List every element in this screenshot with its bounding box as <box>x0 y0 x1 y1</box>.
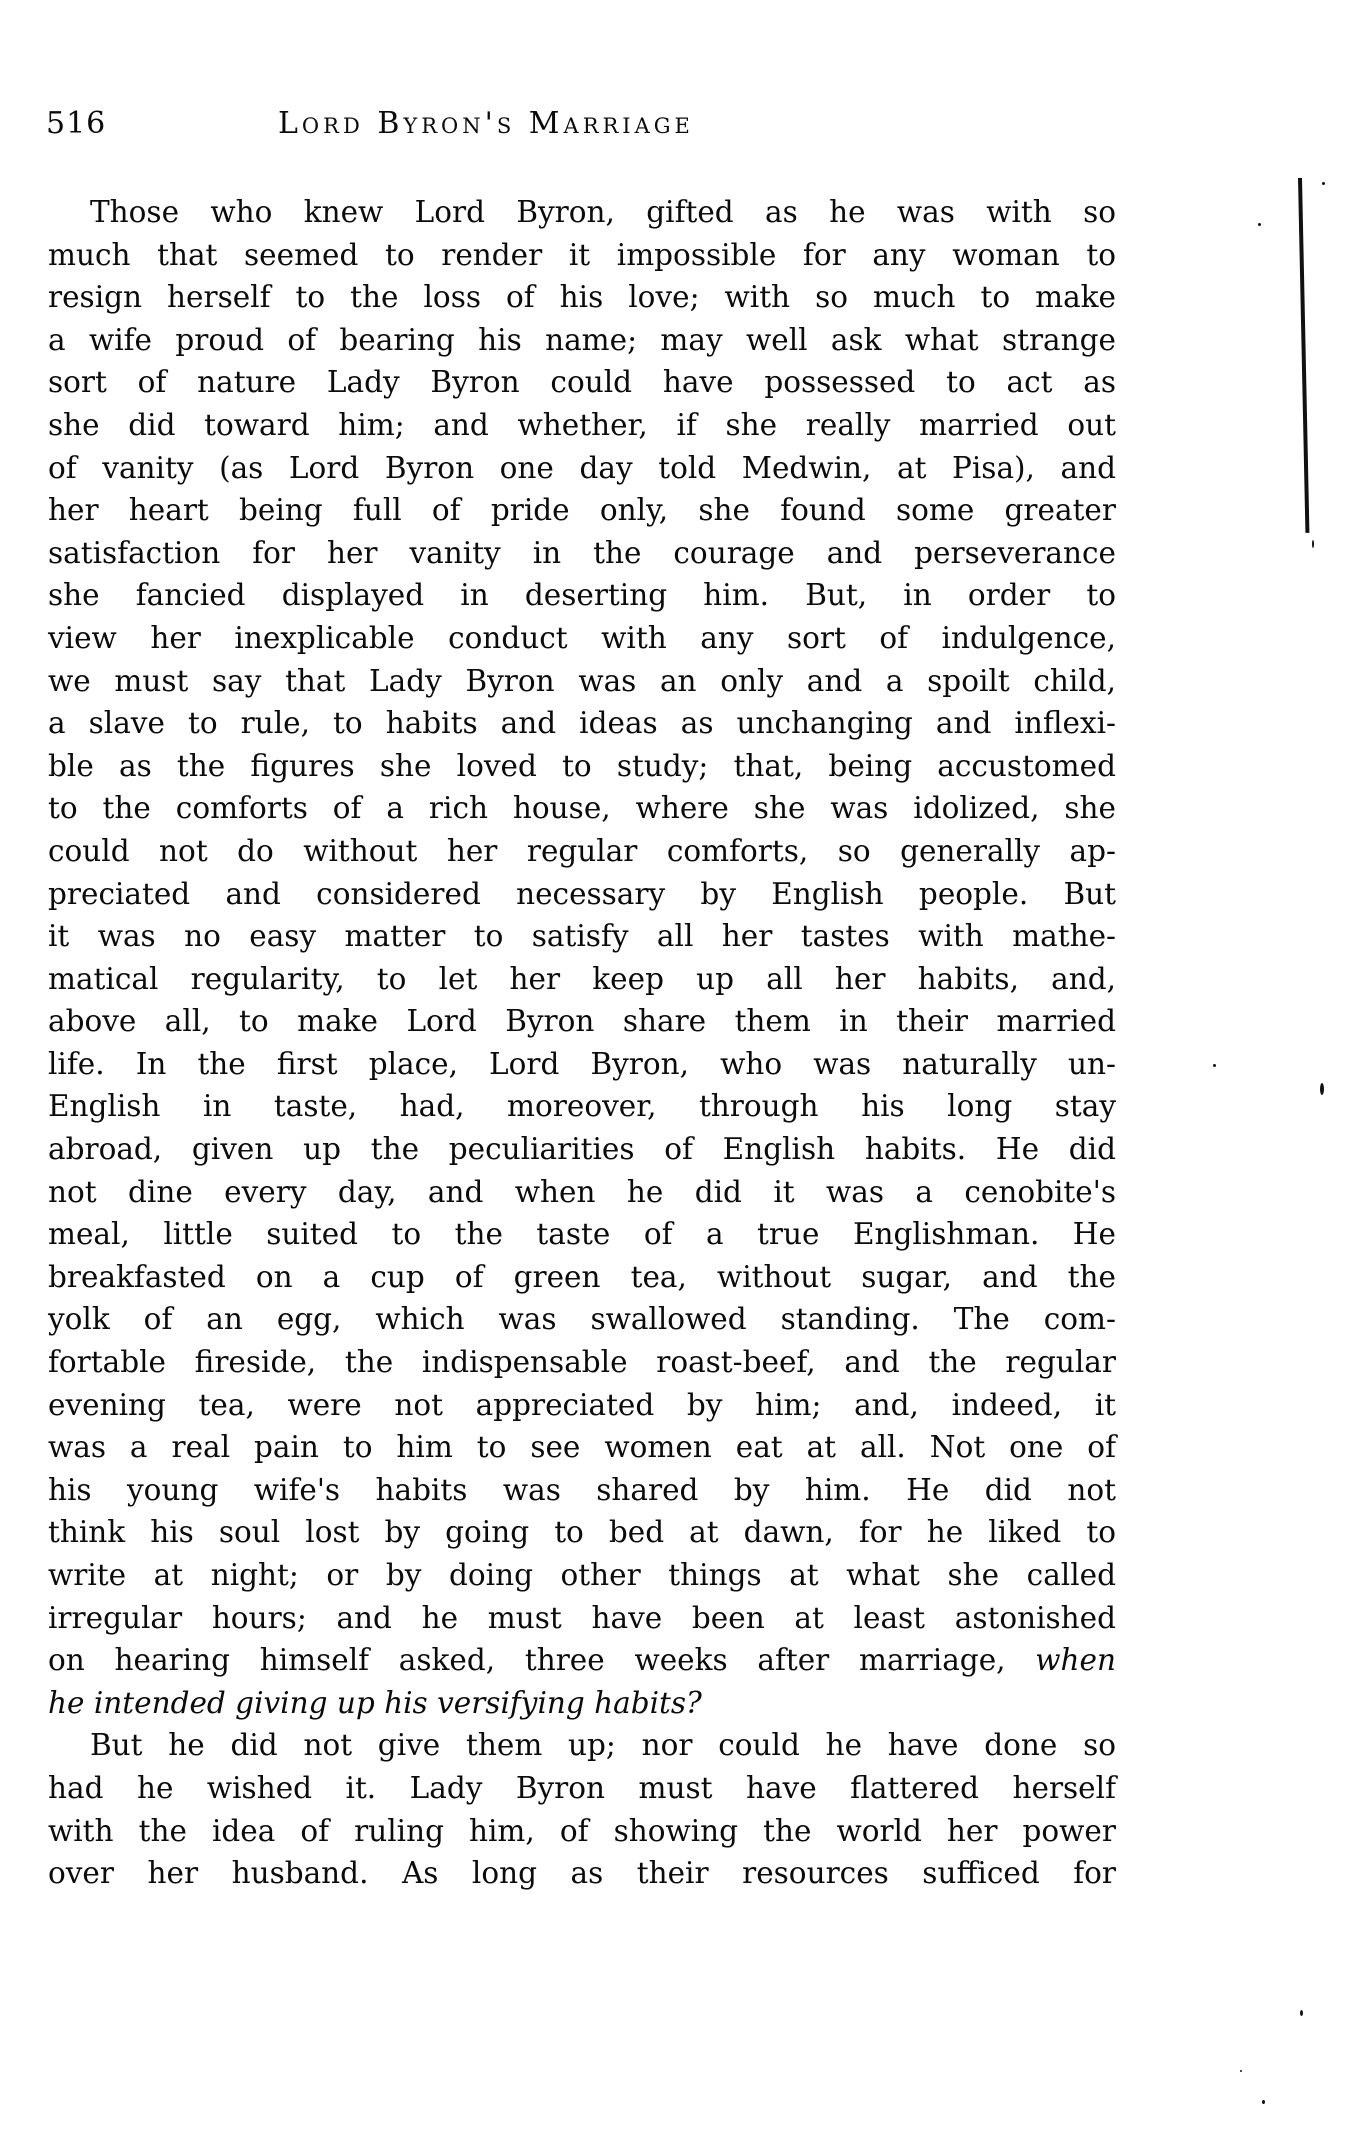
text-line: could not do without her regular comfort… <box>48 830 1116 873</box>
text-line: sort of nature Lady Byron could have pos… <box>48 361 1116 404</box>
scan-artifact-dot <box>1258 223 1261 226</box>
text-line: fortable fireside, the indispensable roa… <box>48 1341 1116 1384</box>
text-line: yolk of an egg, which was swallowed stan… <box>48 1298 1116 1341</box>
text-line: But he did not give them up; nor could h… <box>48 1724 1116 1767</box>
running-head: 516 Lord Byron's Marriage <box>46 104 1126 144</box>
text-line: had he wished it. Lady Byron must have f… <box>48 1767 1116 1810</box>
text-line: Those who knew Lord Byron, gifted as he … <box>48 191 1116 234</box>
text-line: above all, to make Lord Byron share them… <box>48 1000 1116 1043</box>
text-line: with the idea of ruling him, of showing … <box>48 1810 1116 1853</box>
scan-artifact-dot <box>1320 1083 1324 1095</box>
text-segment: on hearing himself asked, three weeks af… <box>48 1643 1006 1677</box>
text-line: over her husband. As long as their resou… <box>48 1852 1116 1895</box>
text-line: evening tea, were not appreciated by him… <box>48 1384 1116 1427</box>
text-line: write at night; or by doing other things… <box>48 1554 1116 1597</box>
text-line: a slave to rule, to habits and ideas as … <box>48 702 1116 745</box>
body-text: Those who knew Lord Byron, gifted as he … <box>48 191 1116 1895</box>
text-line: his young wife's habits was shared by hi… <box>48 1469 1116 1512</box>
scan-artifact-dot <box>1300 2010 1303 2016</box>
italic-text-line: he intended giving up his versifying hab… <box>48 1682 1116 1725</box>
text-line: abroad, given up the peculiarities of En… <box>48 1128 1116 1171</box>
text-line: it was no easy matter to satisfy all her… <box>48 915 1116 958</box>
text-line: resign herself to the loss of his love; … <box>48 276 1116 319</box>
running-title: Lord Byron's Marriage <box>278 104 694 144</box>
text-line: ble as the figures she loved to study; t… <box>48 745 1116 788</box>
text-line-with-italic: on hearing himself asked, three weeks af… <box>48 1639 1116 1682</box>
text-line: was a real pain to him to see women eat … <box>48 1426 1116 1469</box>
scan-artifact-dot <box>1262 2100 1265 2104</box>
text-line: breakfasted on a cup of green tea, witho… <box>48 1256 1116 1299</box>
text-line: of vanity (as Lord Byron one day told Me… <box>48 447 1116 490</box>
scan-artifact-dot <box>1240 2070 1242 2072</box>
italic-segment: when <box>1035 1643 1116 1677</box>
scan-artifact-dot <box>1312 540 1314 548</box>
text-line: English in taste, had, moreover, through… <box>48 1085 1116 1128</box>
text-line: to the comforts of a rich house, where s… <box>48 787 1116 830</box>
text-line: she did toward him; and whether, if she … <box>48 404 1116 447</box>
text-line: she fancied displayed in deserting him. … <box>48 574 1116 617</box>
text-line: irregular hours; and he must have been a… <box>48 1597 1116 1640</box>
text-line: we must say that Lady Byron was an only … <box>48 660 1116 703</box>
paragraph-2: But he did not give them up; nor could h… <box>48 1724 1116 1894</box>
text-line: life. In the first place, Lord Byron, wh… <box>48 1043 1116 1086</box>
scan-artifact-dot <box>1213 1064 1216 1067</box>
text-line: meal, little suited to the taste of a tr… <box>48 1213 1116 1256</box>
text-line: preciated and considered necessary by En… <box>48 873 1116 916</box>
paragraph-1: Those who knew Lord Byron, gifted as he … <box>48 191 1116 1724</box>
text-line: much that seemed to render it impossible… <box>48 234 1116 277</box>
text-line: her heart being full of pride only, she … <box>48 489 1116 532</box>
text-line: a wife proud of bearing his name; may we… <box>48 319 1116 362</box>
text-line: satisfaction for her vanity in the coura… <box>48 532 1116 575</box>
scan-artifact-dot <box>1322 182 1325 185</box>
text-line: matical regularity, to let her keep up a… <box>48 958 1116 1001</box>
text-line: not dine every day, and when he did it w… <box>48 1171 1116 1214</box>
text-line: view her inexplicable conduct with any s… <box>48 617 1116 660</box>
text-line: think his soul lost by going to bed at d… <box>48 1511 1116 1554</box>
page-number: 516 <box>46 104 106 144</box>
book-page: 516 Lord Byron's Marriage Those who knew… <box>0 0 1347 2140</box>
scan-artifact-line <box>1298 178 1309 533</box>
